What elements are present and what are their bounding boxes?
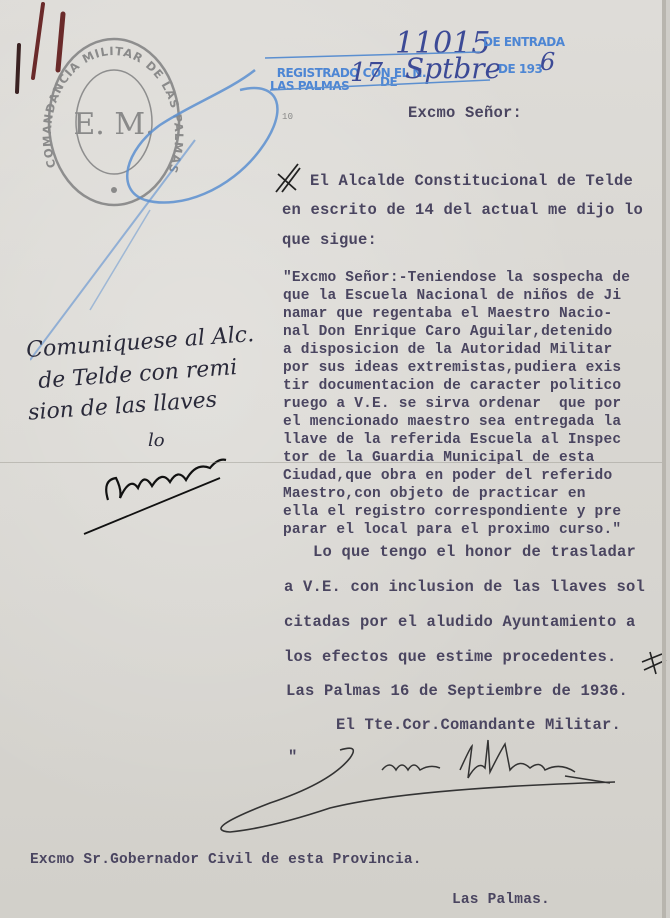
closing-line-3: citadas por el aludido Ayuntamiento a [284,613,636,631]
stamp-underlines [250,40,550,100]
quote-line: por sus ideas extremistas,pudiera exis [283,360,621,376]
closing-line-1: Lo que tengo el honor de trasladar [313,543,636,561]
document-page: COMANDANCIA MILITAR DE LAS PALMAS E. M. … [0,0,666,918]
margin-note-rubric [78,440,258,540]
paper-edge [662,0,666,918]
quote-line: a disposicion de la Autoridad Militar [283,342,612,358]
intro-line-1: El Alcalde Constitucional de Telde [310,172,633,190]
quote-line: ella el registro correspondiente y pre [283,504,621,520]
place-date: Las Palmas 16 de Septiembre de 1936. [286,682,628,700]
margin-note-line-3: sion de las llaves [27,387,217,425]
addressee: Excmo Sr.Gobernador Civil de esta Provin… [30,852,422,868]
quote-line: Maestro,con objeto de practicar en [283,486,586,502]
closing-line-2: a V.E. con inclusion de las llaves sol [284,578,645,596]
addressee-city: Las Palmas. [452,892,550,908]
intro-line-3: que sigue: [282,231,377,249]
signatory-title: El Tte.Cor.Comandante Militar. [336,716,621,734]
quote-line: Ciudad,que obra en poder del referido [283,468,612,484]
quote-line: llave de la referida Escuela al Inspec [283,432,621,448]
paper-fold-line [0,462,666,463]
salutation: Excmo Señor: [408,104,522,122]
quote-line: namar que regentaba el Maestro Nacio- [283,306,612,322]
closing-line-4: los efectos que estime procedentes. [284,648,617,666]
quote-line: tir documentacion de caracter politico [283,378,621,394]
quote-line: tor de la Guardia Municipal de esta [283,450,595,466]
quote-line: ruego a V.E. se sirva ordenar que por [283,396,621,412]
quote-line: parar el local para el proximo curso." [283,522,621,538]
quote-line: nal Don Enrique Caro Aguilar,detenido [283,324,612,340]
quote-line: el mencionado maestro sea entregada la [283,414,621,430]
signature [210,738,630,838]
page-mark: 10 [282,112,293,122]
quote-line: que la Escuela Nacional de niños de Ji [283,288,621,304]
x-check-mark [272,162,302,196]
intro-line-2: en escrito de 14 del actual me dijo lo [282,201,643,219]
quote-line: "Excmo Señor:-Teniendose la sospecha de [283,270,630,286]
